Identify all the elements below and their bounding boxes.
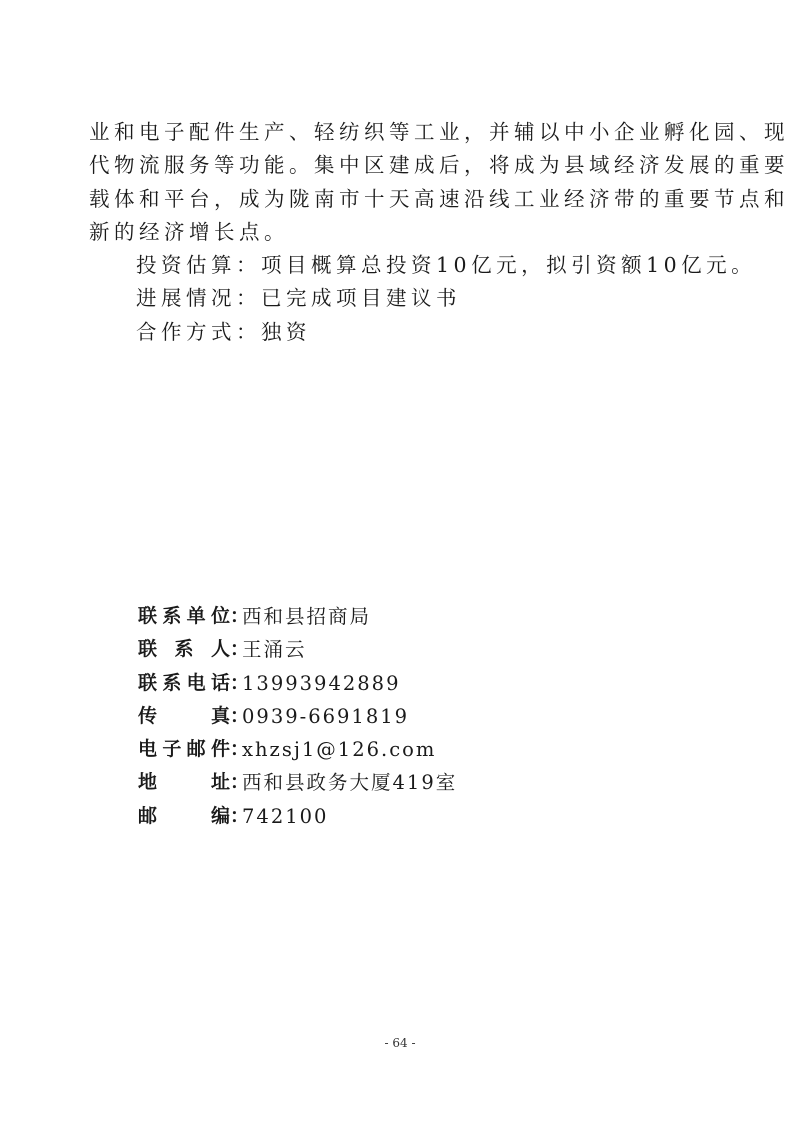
contact-value: 742100 [242,800,328,833]
contact-label: 联系人 [138,633,230,666]
contact-email-row: 电子邮件 ：xhzsj1@126.com [138,733,457,766]
contact-value: 13993942889 [242,667,400,700]
field-label: 合作方式： [136,320,261,344]
field-value: 项目概算总投资10亿元，拟引资额10亿元。 [261,253,756,277]
contact-person-row: 联系人 ：王涌云 [138,633,457,666]
page-number: - 64 - [0,1036,800,1050]
cooperation-mode-field: 合作方式：独资 [89,316,709,349]
contact-address-row: 地址 ：西和县政务大厦419室 [138,766,457,799]
contact-label: 地址 [138,766,230,799]
contact-label: 邮编 [138,800,230,833]
field-value: 独资 [261,320,311,344]
contact-info-block: 联系单位 ：西和县招商局 联系人 ：王涌云 联系电话 ：13993942889 … [138,600,457,833]
contact-phone-row: 联系电话 ：13993942889 [138,667,457,700]
contact-label: 电子邮件 [138,733,230,766]
contact-value: 西和县政务大厦419室 [242,766,457,799]
contact-postcode-row: 邮编 ：742100 [138,800,457,833]
investment-estimate-field: 投资估算：项目概算总投资10亿元，拟引资额10亿元。 [89,249,709,282]
contact-fax-row: 传真 ：0939-6691819 [138,700,457,733]
contact-value: 西和县招商局 [242,600,371,633]
contact-label: 联系电话 [138,667,230,700]
progress-status-field: 进展情况：已完成项目建议书 [89,282,709,315]
field-value: 已完成项目建议书 [261,286,461,310]
contact-label: 联系单位 [138,600,230,633]
paragraph-line: 新的经济增长点。 [89,216,709,249]
field-label: 进展情况： [136,286,261,310]
contact-value: 0939-6691819 [242,700,409,733]
contact-value: 王涌云 [242,633,307,666]
contact-label: 传真 [138,700,230,733]
document-page: 业和电子配件生产、轻纺织等工业，并辅以中小企业孵化园、现 代物流服务等功能。集中… [0,0,800,1131]
field-label: 投资估算： [136,253,261,277]
project-description: 业和电子配件生产、轻纺织等工业，并辅以中小企业孵化园、现 代物流服务等功能。集中… [89,116,709,349]
paragraph-line: 载体和平台，成为陇南市十天高速沿线工业经济带的重要节点和 [89,183,709,216]
paragraph-line: 业和电子配件生产、轻纺织等工业，并辅以中小企业孵化园、现 [89,116,709,149]
contact-email-value: xhzsj1@126.com [242,733,436,766]
paragraph-line: 代物流服务等功能。集中区建成后，将成为县域经济发展的重要 [89,149,709,182]
contact-unit-row: 联系单位 ：西和县招商局 [138,600,457,633]
